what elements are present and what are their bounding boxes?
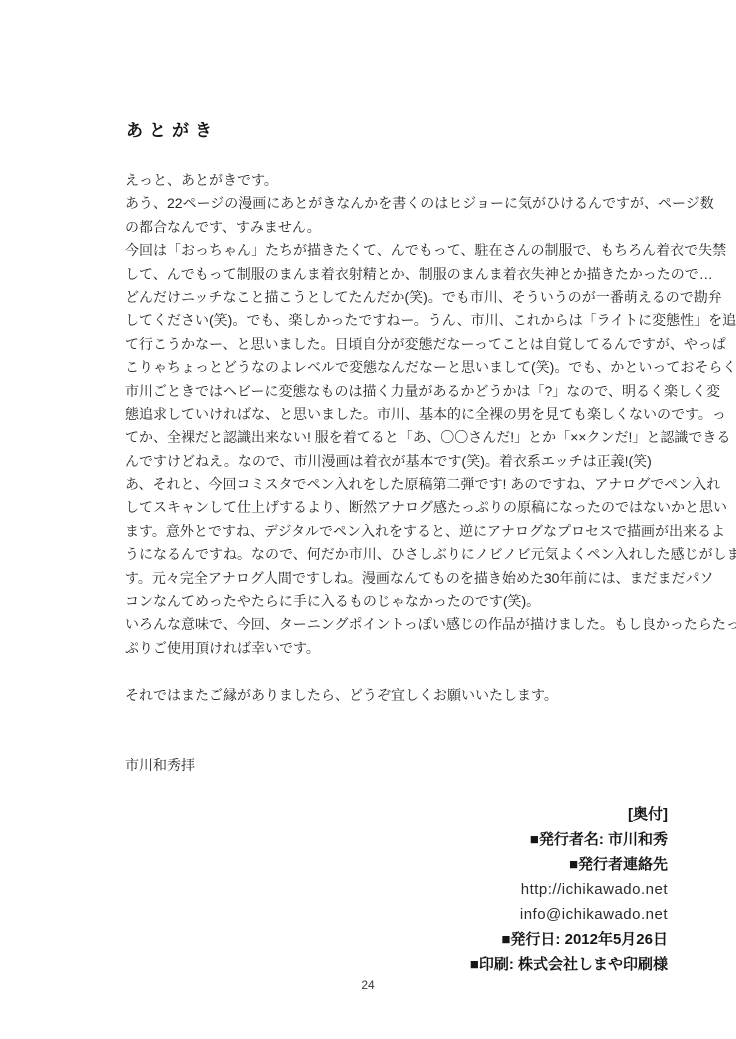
colophon-publication-date: ■発行日: 2012年5月26日 [470,927,668,952]
afterword-closing: それではまたご縁がありましたら、どうぞ宜しくお願いいたします。 [125,684,593,707]
afterword-line: うになるんですね。なので、何だか市川、ひさしぶりにノビノビ元気よくペン入れした感… [125,543,593,566]
colophon-website-url: http://ichikawado.net [470,877,668,902]
afterword-line: の都合なんです、すみません。 [125,216,593,239]
page-number: 24 [0,978,736,992]
afterword-line: えっと、あとがきです。 [125,169,593,192]
afterword-line: す。元々完全アナログ人間ですしね。漫画なんてものを描き始めた30年前には、まだま… [125,567,593,590]
author-signature: 市川和秀拝 [125,754,593,777]
afterword-line: コンなんてめったやたらに手に入るものじゃなかったのです(笑)。 [125,590,593,613]
afterword-title: あとがき [126,116,218,141]
afterword-line: て行こうかなー、と思いました。日頃自分が変態だなーってことは自覚してるんですが、… [125,333,593,356]
colophon-heading: [奥付] [470,802,668,827]
scanned-afterword-page: あとがき えっと、あとがきです。 あう、22ページの漫画にあとがきなんかを書くの… [0,0,736,1039]
afterword-line: 今回は「おっちゃん」たちが描きたくて、んでもって、駐在さんの制服で、もちろん着衣… [125,239,593,262]
afterword-line: してください(笑)。でも、楽しかったですねー。うん、市川、これからは「ライトに変… [125,309,593,332]
afterword-line: あう、22ページの漫画にあとがきなんかを書くのはヒジョーに気がひけるんですが、ペ… [125,192,593,215]
afterword-line: ぷりご使用頂ければ幸いです。 [125,637,593,660]
colophon-contact-heading: ■発行者連絡先 [470,852,668,877]
afterword-line: こりゃちょっとどうなのよレベルで変態なんだなーと思いまして(笑)。でも、かといっ… [125,356,593,379]
colophon-printer: ■印刷: 株式会社しまや印刷様 [470,952,668,977]
afterword-line: どんだけニッチなこと描こうとしてたんだか(笑)。でも市川、そういうのが一番萌える… [125,286,593,309]
afterword-line: あ、それと、今回コミスタでペン入れをした原稿第二弾です! あのですね、アナログで… [125,473,593,496]
afterword-line: して、んでもって制服のまんま着衣射精とか、制服のまんま着衣失神とか描きたかったの… [125,263,593,286]
afterword-line: てか、全裸だと認識出来ない! 服を着てると「あ、〇〇さんだ!」とか「××クンだ!… [125,426,593,449]
afterword-body: えっと、あとがきです。 あう、22ページの漫画にあとがきなんかを書くのはヒジョー… [125,169,593,777]
colophon: [奥付] ■発行者名: 市川和秀 ■発行者連絡先 http://ichikawa… [470,802,668,977]
afterword-line: してスキャンして仕上げするより、断然アナログ感たっぷりの原稿になったのではないか… [125,496,593,519]
afterword-line: んですけどねえ。なので、市川漫画は着衣が基本です(笑)。着衣系エッチは正義!(笑… [125,450,593,473]
afterword-line: 市川ごときではヘビーに変態なものは描く力量があるかどうかは「?」なので、明るく楽… [125,380,593,403]
colophon-email-address: info@ichikawado.net [470,902,668,927]
colophon-publisher-name: ■発行者名: 市川和秀 [470,827,668,852]
afterword-line: ます。意外とですね、デジタルでペン入れをすると、逆にアナログなプロセスで描画が出… [125,520,593,543]
afterword-line: 態追求していければな、と思いました。市川、基本的に全裸の男を見ても楽しくないので… [125,403,593,426]
afterword-line: いろんな意味で、今回、ターニングポイントっぽい感じの作品が描けました。もし良かっ… [125,613,593,636]
